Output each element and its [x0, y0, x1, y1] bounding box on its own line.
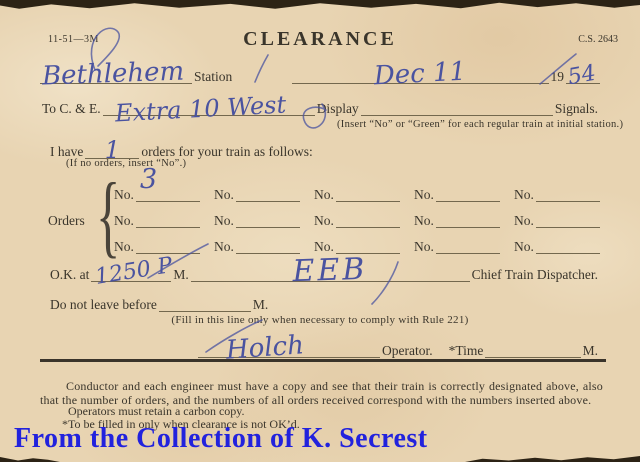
torn-paper-edge-bottom-left: [0, 457, 60, 462]
order-blank: [336, 188, 400, 203]
order-count-blank: 1: [85, 139, 139, 159]
form-code: C.S. 2643: [578, 34, 618, 45]
no-label: No.: [512, 188, 536, 203]
station-line: Bethlehem Station Dec 11 19 54: [40, 62, 600, 84]
order-cell: No.: [212, 188, 300, 203]
handwritten-date: Dec 11: [374, 59, 467, 90]
train-blank: Extra 10 West: [103, 94, 315, 116]
display-blank: [361, 94, 553, 116]
order-blank: [236, 214, 300, 229]
torn-paper-edge-bottom-right: [465, 456, 640, 462]
ok-time-blank: 1250 P: [91, 260, 171, 282]
order-cell: No.: [212, 240, 300, 255]
order-cell: No.: [212, 214, 300, 229]
operator-time-blank: [485, 336, 580, 358]
dispatcher-signature-blank: EEB: [191, 260, 470, 282]
order-blank: [436, 214, 500, 229]
handwritten-station: Bethlehem: [42, 59, 185, 90]
no-label: No.: [312, 240, 336, 255]
order-cell: No.: [312, 188, 400, 203]
order-cell: No.: [112, 188, 200, 203]
order-cell: No.: [412, 188, 500, 203]
order-cell: No.: [112, 214, 200, 229]
order-blank: [436, 188, 500, 203]
torn-paper-edge-top: [0, 0, 640, 11]
ok-meridiem-label: M.: [171, 268, 190, 283]
year-blank: 54: [566, 62, 600, 84]
no-label: No.: [412, 214, 436, 229]
ok-at-label: O.K. at: [48, 268, 91, 283]
collection-credit: From the Collection of K. Secrest: [14, 423, 428, 455]
no-label: No.: [512, 240, 536, 255]
time-label: *Time: [447, 344, 486, 359]
order-blank: [136, 188, 200, 203]
order-blank: [536, 188, 600, 203]
do-not-leave-label: Do not leave before: [48, 298, 159, 313]
order-cell: No.: [412, 240, 500, 255]
form-title: CLEARANCE: [0, 28, 640, 51]
to-line: To C. & E. Extra 10 West Display Signals…: [40, 94, 600, 116]
order-cell: No.: [512, 188, 600, 203]
no-label: No.: [112, 214, 136, 229]
leave-time-blank: [159, 292, 251, 312]
no-label: No.: [312, 188, 336, 203]
handwritten-dispatcher-initials: EEB: [292, 255, 368, 288]
order-blank: [436, 240, 500, 255]
order-cell: No.: [512, 240, 600, 255]
order-blank: [236, 188, 300, 203]
station-label: Station: [192, 70, 234, 85]
orders-row-1: No. No. No. No. No.: [112, 184, 600, 202]
order-blank: [136, 240, 200, 255]
handwritten-ok-time: 1250 P: [94, 255, 174, 289]
order-blank: [536, 240, 600, 255]
order-blank: [536, 214, 600, 229]
no-label: No.: [112, 240, 136, 255]
no-label: No.: [312, 214, 336, 229]
do-not-leave-line: Do not leave before M.: [48, 292, 338, 312]
order-cell: No.: [112, 240, 200, 255]
orders-row-2: No. No. No. No. No.: [112, 210, 600, 228]
orders-label: Orders: [48, 213, 85, 229]
station-blank: Bethlehem: [40, 62, 192, 84]
scanned-clearance-form: 11-51—3M CLEARANCE C.S. 2643 Bethlehem S…: [0, 0, 640, 462]
year-prefix: 19: [549, 70, 567, 85]
signals-label: Signals.: [553, 102, 600, 117]
no-label: No.: [212, 188, 236, 203]
no-label: No.: [212, 214, 236, 229]
no-label: No.: [512, 214, 536, 229]
order-blank: [136, 214, 200, 229]
order-cell: No.: [512, 214, 600, 229]
insert-note: (Insert “No” or “Green” for each regular…: [337, 118, 631, 132]
date-blank: Dec 11: [292, 62, 548, 84]
order-cell: No.: [412, 214, 500, 229]
no-label: No.: [412, 240, 436, 255]
operator-label: Operator.: [380, 344, 435, 359]
operator-signature-blank: Holch: [198, 336, 380, 358]
order-cell: No.: [312, 240, 400, 255]
no-label: No.: [112, 188, 136, 203]
handwritten-train: Extra 10 West: [114, 93, 286, 126]
orders-row-3: No. No. No. No. No.: [112, 236, 600, 254]
order-blank: [336, 214, 400, 229]
order-blank: [236, 240, 300, 255]
display-label: Display: [315, 102, 361, 117]
operator-line: Holch Operator. *Time M.: [198, 336, 600, 358]
handwritten-year: 54: [566, 63, 597, 90]
orders-count-line: I have 1 orders for your train as follow…: [48, 139, 468, 159]
orders-grid: Orders { 3 No. No. No. No. No. No. No. N…: [40, 182, 600, 260]
order-blank: [336, 240, 400, 255]
no-orders-note: (If no orders, insert “No”.): [66, 157, 186, 171]
leave-meridiem-label: M.: [251, 298, 270, 313]
to-label: To C. & E.: [40, 102, 103, 117]
section-divider-rule: [40, 359, 606, 362]
no-label: No.: [412, 188, 436, 203]
ok-line: O.K. at 1250 P M. EEB Chief Train Dispat…: [48, 260, 600, 282]
dispatcher-label: Chief Train Dispatcher.: [470, 268, 600, 283]
rule-221-note: (Fill in this line only when necessary t…: [0, 314, 640, 326]
no-label: No.: [212, 240, 236, 255]
operator-meridiem-label: M.: [581, 344, 600, 359]
order-cell: No.: [312, 214, 400, 229]
